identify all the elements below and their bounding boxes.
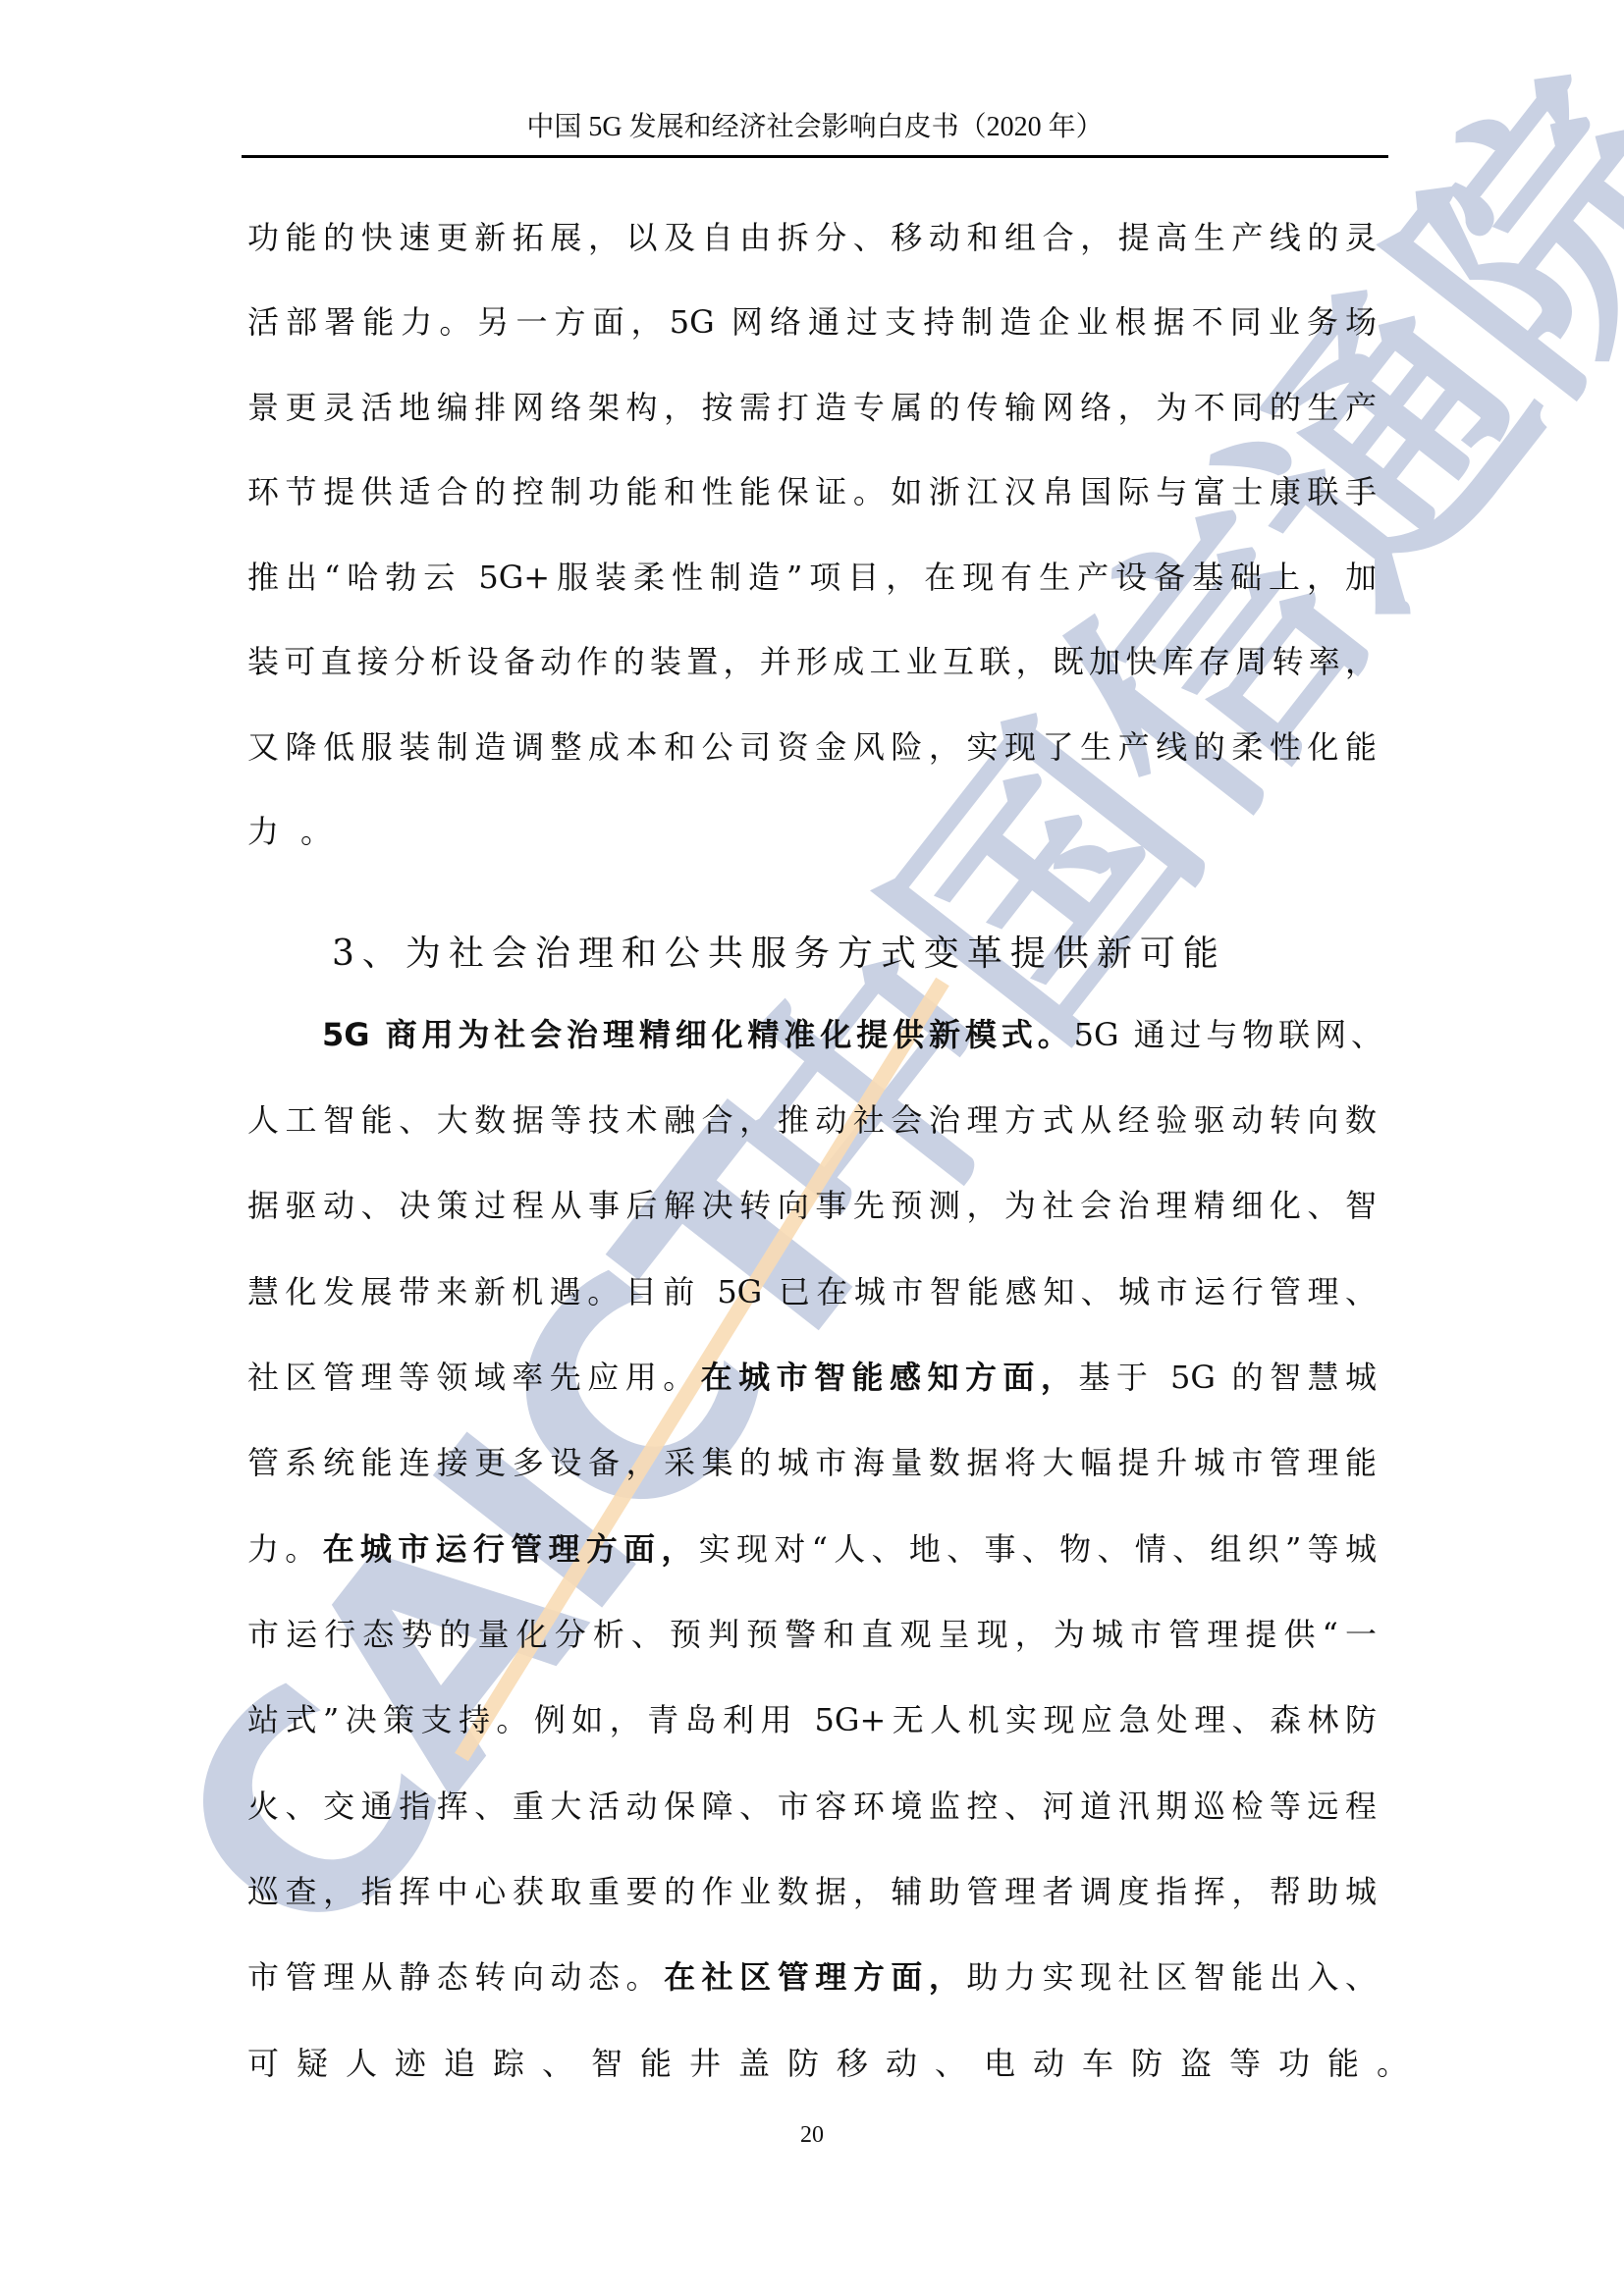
paragraph-line: 火、交通指挥、重大活动保障、市容环境监控、河道汛期巡检等远程 xyxy=(247,1787,1377,1826)
paragraph-line: 活部署能力。另一方面，5G 网络通过支持制造企业根据不同业务场 xyxy=(247,302,1377,342)
paragraph-line: 巡查，指挥中心获取重要的作业数据，辅助管理者调度指挥，帮助城 xyxy=(247,1872,1377,1911)
section-heading: 3、为社会治理和公共服务方式变革提供新可能 xyxy=(332,931,1226,978)
paragraph-line: 可疑人迹追踪、智能井盖防移动、电动车防盗等功能。 xyxy=(247,2044,1377,2083)
paragraph-line: 站式”决策支持。例如，青岛利用 5G+无人机实现应急处理、森林防 xyxy=(247,1700,1377,1739)
page-number: 20 xyxy=(0,2120,1624,2150)
paragraph-line: 推出“哈勃云 5G+服装柔性制造”项目，在现有生产设备基础上，加 xyxy=(247,558,1377,597)
paragraph-line: 功能的快速更新拓展，以及自由拆分、移动和组合，提高生产线的灵 xyxy=(247,218,1377,257)
running-header: 中国 5G 发展和经济社会影响白皮书（2020 年） xyxy=(242,108,1388,147)
bold-topic-urban-operations: 在城市运行管理方面， xyxy=(323,1530,699,1568)
bold-topic-community-management: 在社区管理方面， xyxy=(664,1958,966,1996)
paragraph-line: 环节提供适合的控制功能和性能保证。如浙江汉帛国际与富士康联手 xyxy=(247,472,1377,511)
paragraph-line: 景更灵活地编排网络架构，按需打造专属的传输网络，为不同的生产 xyxy=(247,388,1377,427)
paragraph-line: 据驱动、决策过程从事后解决转向事先预测，为社会治理精细化、智 xyxy=(247,1186,1377,1225)
paragraph-line: 装可直接分析设备动作的装置，并形成工业互联，既加快库存周转率， xyxy=(247,642,1377,681)
header-rule xyxy=(242,155,1388,158)
paragraph-line: 慧化发展带来新机遇。目前 5G 已在城市智能感知、城市运行管理、 xyxy=(247,1272,1377,1311)
bold-topic-urban-sensing: 在城市智能感知方面， xyxy=(701,1359,1079,1396)
paragraph-line: 社区管理等领域率先应用。在城市智能感知方面，基于 5G 的智慧城 xyxy=(247,1358,1377,1397)
paragraph-line: 力。 xyxy=(247,812,1377,851)
paragraph-line: 5G 商用为社会治理精细化精准化提供新模式。5G 通过与物联网、 xyxy=(322,1015,1382,1054)
bold-lead-sentence: 5G 商用为社会治理精细化精准化提供新模式。 xyxy=(322,1016,1074,1053)
caict-watermark: CAICT 中国信通院 xyxy=(0,0,1624,2296)
paragraph-line: 又降低服装制造调整成本和公司资金风险，实现了生产线的柔性化能 xyxy=(247,727,1377,767)
paragraph-line: 人工智能、大数据等技术融合，推动社会治理方式从经验驱动转向数 xyxy=(247,1100,1377,1140)
paragraph-line: 管系统能连接更多设备，采集的城市海量数据将大幅提升城市管理能 xyxy=(247,1443,1377,1482)
paragraph-line: 力。在城市运行管理方面，实现对“人、地、事、物、情、组织”等城 xyxy=(247,1529,1377,1569)
paragraph-line: 市管理从静态转向动态。在社区管理方面，助力实现社区智能出入、 xyxy=(247,1957,1377,1997)
paragraph-line: 市运行态势的量化分析、预判预警和直观呈现，为城市管理提供“一 xyxy=(247,1615,1377,1654)
